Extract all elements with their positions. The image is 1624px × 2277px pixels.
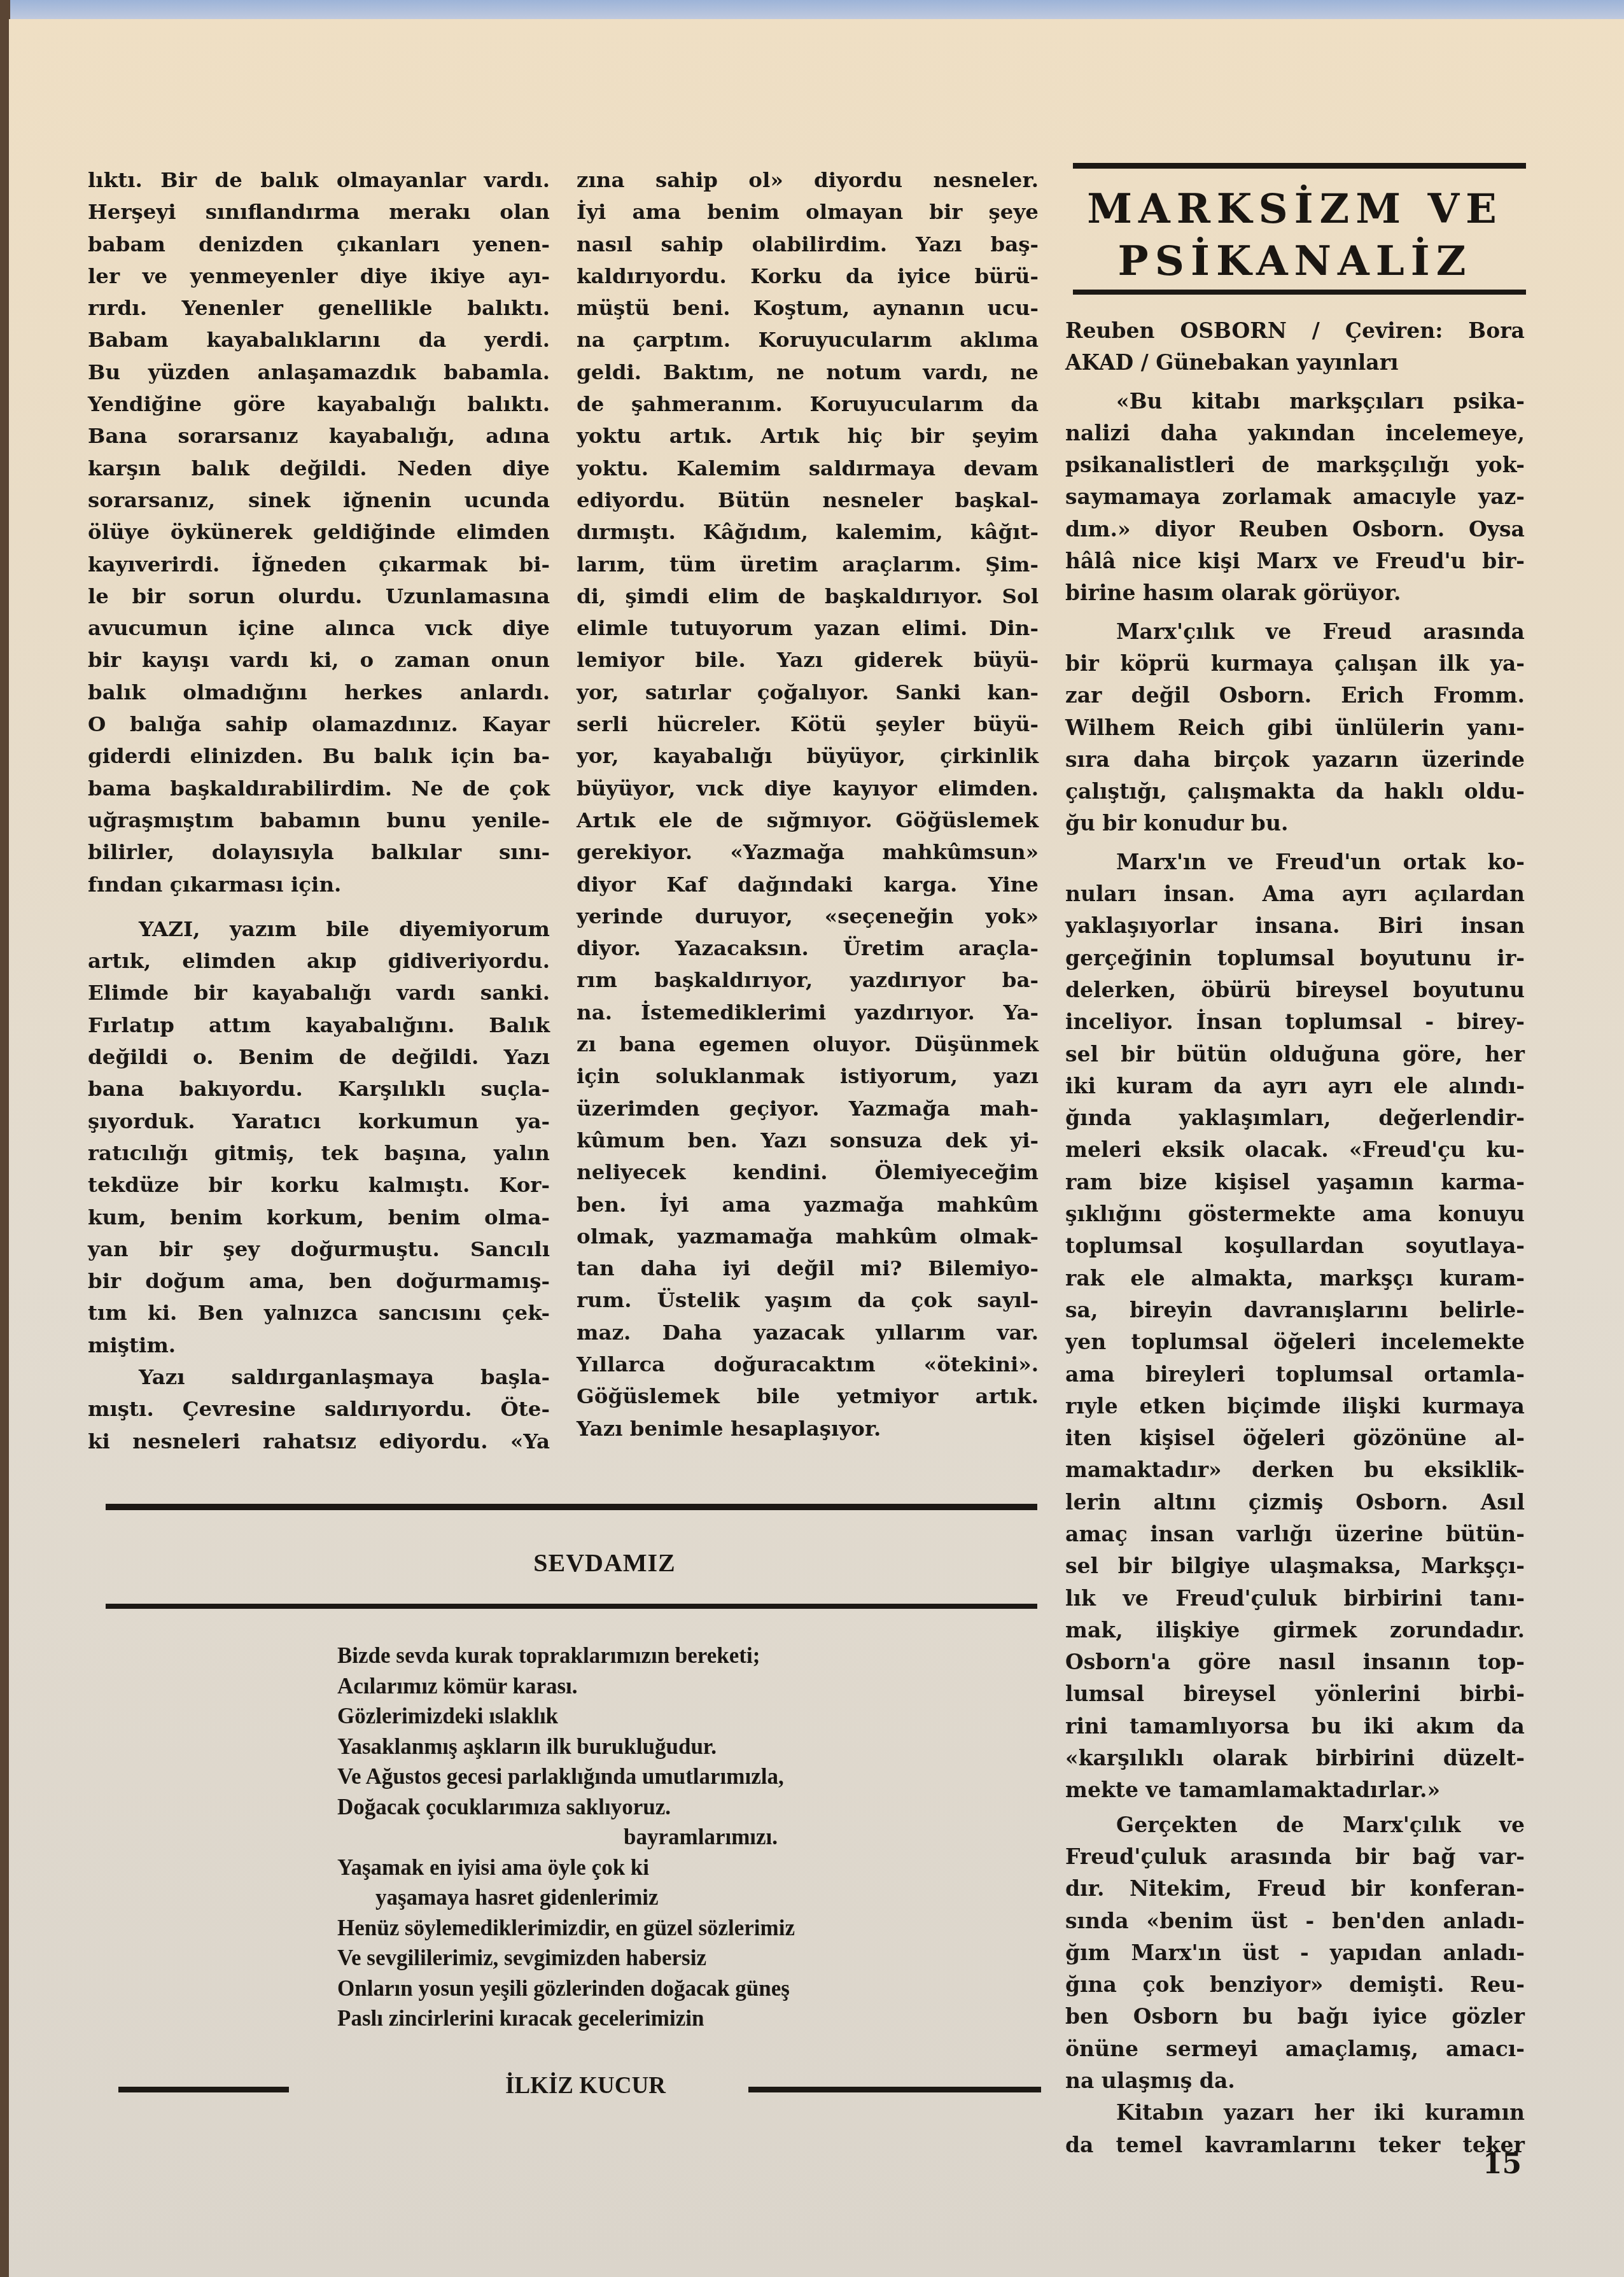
poem-title: SEVDAMIZ — [382, 1548, 827, 1578]
text-line: psikanalistleri de markşçılığı yok- — [1065, 449, 1525, 481]
text-line: uğraşmıştım babamın bunu yenile- — [88, 804, 550, 836]
text-line: giderdi elinizden. Bu balık için ba- — [88, 740, 550, 772]
text-line: artık, elimden akıp gidiveriyordu. — [88, 945, 550, 977]
text-line: avucumun içine alınca vıck diye — [88, 612, 550, 644]
text-line: ğında yaklaşımları, değerlendir- — [1065, 1102, 1525, 1134]
text-line: «karşılıklı olarak birbirini düzelt- — [1065, 1742, 1525, 1774]
text-line: ğına çok benziyor» demişti. Reu- — [1065, 1969, 1525, 2001]
text-line: zar değil Osborn. Erich Fromm. — [1065, 680, 1525, 711]
review-title-line-1: MARKSİZM VE — [1075, 183, 1515, 235]
text-line: müştü beni. Koştum, aynanın ucu- — [577, 292, 1039, 324]
text-line: gerçeğinin toplumsal boyutunu ir- — [1065, 942, 1525, 974]
poem-line: Paslı zincirlerini kıracak gecelerimizin — [337, 2003, 1012, 2034]
text-line: karşın balık değildi. Neden diye — [88, 452, 550, 484]
text-line: kayıverirdi. İğneden çıkarmak bi- — [88, 549, 550, 580]
poet-right-rule — [748, 2087, 1041, 2092]
review-bottom-rule — [1073, 290, 1526, 295]
text-line: lumsal bireysel yönlerini birbi- — [1065, 1678, 1525, 1710]
text-line: önüne sermeyi amaçlamış, amacı- — [1065, 2033, 1525, 2065]
text-line: diyor Kaf dağındaki karga. Yine — [577, 869, 1039, 900]
text-line: lerin altını çizmiş Osborn. Asıl — [1065, 1487, 1525, 1518]
text-line: ratıcılığı gitmiş, tek başına, yalın — [88, 1137, 550, 1169]
text-line: Babam kayabalıklarını da yerdi. — [88, 324, 550, 356]
text-line: ama bireyleri toplumsal ortamla- — [1065, 1359, 1525, 1391]
text-line: na çarptım. Koruyucularım aklıma — [577, 324, 1039, 356]
text-line: bama başkaldırabilirdim. Ne de çok — [88, 773, 550, 804]
text-line: Marx'ın ve Freud'un ortak ko- — [1065, 846, 1525, 878]
text-line: «Bu kitabı markşçıları psika- — [1065, 386, 1525, 417]
review-top-rule — [1073, 163, 1526, 169]
text-line: sıra daha birçok yazarın üzerinde — [1065, 744, 1525, 776]
review-paragraph-1: «Bu kitabı markşçıları psika- nalizi dah… — [1065, 386, 1525, 610]
text-line: rıyle etken biçimde ilişki kurmaya — [1065, 1391, 1525, 1422]
text-line: ediyordu. Bütün nesneler başkal- — [577, 484, 1039, 516]
text-line: sında «benim üst - ben'den anladı- — [1065, 1905, 1525, 1937]
text-line: yoktu artık. Artık hiç bir şeyim — [577, 420, 1039, 452]
text-line: geldi. Baktım, ne notum vardı, ne — [577, 356, 1039, 388]
text-line: ler ve yenmeyenler diye ikiye ayı- — [88, 260, 550, 292]
text-line: yaklaşıyorlar insana. Biri insan — [1065, 910, 1525, 942]
poem-line: Ve Ağustos gecesi parlaklığında umutları… — [337, 1762, 1012, 1792]
text-line: Gerçekten de Marx'çılık ve — [1065, 1809, 1525, 1841]
poem-line: Henüz söylemediklerimizdir, en güzel söz… — [337, 1913, 1012, 1944]
text-line: sel bir bütün olduğuna göre, her — [1065, 1039, 1525, 1070]
text-line: yor, kayabalığı büyüyor, çirkinlik — [577, 740, 1039, 772]
review-column: Reuben OSBORN / Çeviren: Bora AKAD / Gün… — [1065, 315, 1525, 2161]
poem-line: Yaşamak en iyisi ama öyle çok ki — [337, 1853, 1012, 1883]
story-paragraph-2: YAZI, yazım bile diyemiyorum artık, elim… — [88, 913, 550, 1361]
text-line: zına sahip ol» diyordu nesneler. — [577, 164, 1039, 196]
review-paragraph-2: Marx'çılık ve Freud arasında bir köprü k… — [1065, 616, 1525, 840]
text-line: hâlâ nice kişi Marx ve Freud'u bir- — [1065, 545, 1525, 577]
text-line: de şahmeranım. Koruyucularım da — [577, 388, 1039, 420]
text-line: Yıllarca doğuracaktım «ötekini». — [577, 1349, 1039, 1380]
magazine-page: lıktı. Bir de balık olmayanlar vardı. He… — [0, 0, 1624, 2277]
text-line: nuları insan. Ama ayrı açılardan — [1065, 878, 1525, 910]
text-line: iki kuram da ayrı ayrı ele alındı- — [1065, 1070, 1525, 1102]
text-line: yen toplumsal öğeleri incelemekte — [1065, 1326, 1525, 1358]
text-line: rım başkaldırıyor, yazdırıyor ba- — [577, 964, 1039, 996]
poem-line: Onların yosun yeşili gözlerinden doğacak… — [337, 1973, 1012, 2004]
text-line: toplumsal koşullardan soyutlaya- — [1065, 1230, 1525, 1262]
story-column-1: lıktı. Bir de balık olmayanlar vardı. He… — [88, 164, 550, 1457]
text-line: mekte ve tamamlamaktadırlar.» — [1065, 1774, 1525, 1806]
review-paragraph-4: Gerçekten de Marx'çılık ve Freud'çuluk a… — [1065, 1809, 1525, 2098]
text-line: ram bize kişisel yaşamın karma- — [1065, 1167, 1525, 1198]
text-line: kum, benim korkum, benim olma- — [88, 1202, 550, 1233]
poem-line: Yasaklanmış aşkların ilk burukluğudur. — [337, 1732, 1012, 1762]
story-paragraph-continued: zına sahip ol» diyordu nesneler. İyi ama… — [577, 164, 1039, 1445]
text-line: balık olmadığını herkes anlardı. — [88, 676, 550, 708]
text-line: iten kişisel öğeleri gözönüne al- — [1065, 1422, 1525, 1454]
text-line: olmak, yazmamağa mahkûm olmak- — [577, 1221, 1039, 1252]
text-line: sel bir bilgiye ulaşmaksa, Markşçı- — [1065, 1550, 1525, 1582]
text-line: tekdüze bir korku kalmıştı. Kor- — [88, 1169, 550, 1201]
text-line: Osborn'a göre nasıl insanın top- — [1065, 1646, 1525, 1678]
text-line: dır. Nitekim, Freud bir konferan- — [1065, 1873, 1525, 1905]
text-line: Reuben OSBORN / Çeviren: Bora — [1065, 315, 1525, 347]
text-line: AKAD / Günebakan yayınları — [1065, 347, 1525, 379]
text-line: lıktı. Bir de balık olmayanlar vardı. — [88, 164, 550, 196]
text-line: O balığa sahip olamazdınız. Kayar — [88, 708, 550, 740]
poem-line: Bizde sevda kurak topraklarımızın bereke… — [337, 1641, 1012, 1671]
story-paragraph-3: Yazı saldırganlaşmaya başla- mıştı. Çevr… — [88, 1361, 550, 1457]
text-line: bilirler, dolayısıyla balkılar sını- — [88, 836, 550, 868]
text-line: mamaktadır» derken bu eksiklik- — [1065, 1454, 1525, 1486]
text-line: bir doğum ama, ben doğurmamış- — [88, 1265, 550, 1297]
text-line: rum. Üstelik yaşım da çok sayıl- — [577, 1284, 1039, 1316]
story-column-2: zına sahip ol» diyordu nesneler. İyi ama… — [577, 164, 1039, 1445]
text-line: ben. İyi ama yazmağa mahkûm — [577, 1189, 1039, 1221]
poem-body: Bizde sevda kurak topraklarımızın bereke… — [337, 1641, 1012, 2034]
text-line: şıklığını göstermekte ama konuyu — [1065, 1198, 1525, 1230]
text-line: fından çıkarması için. — [88, 869, 550, 900]
text-line: nalizi daha yakından incelemeye, — [1065, 417, 1525, 449]
text-line: delerken, öbürü bireysel boyutunu — [1065, 974, 1525, 1006]
poem-line: yaşamaya hasret gidenlerimiz — [337, 1882, 1012, 1913]
text-line: tım ki. Ben yalnızca sancısını çek- — [88, 1297, 550, 1329]
text-line: lemiyor bile. Yazı giderek büyü- — [577, 644, 1039, 676]
text-line: tan daha iyi değil mi? Bilemiyo- — [577, 1252, 1039, 1284]
text-line: rini tamamlıyorsa bu iki akım da — [1065, 1711, 1525, 1742]
text-line: İyi ama benim olmayan bir şeye — [577, 196, 1039, 228]
text-line: mıştı. Çevresine saldırıyordu. Öte- — [88, 1393, 550, 1425]
text-line: dırmıştı. Kâğıdım, kalemim, kâğıt- — [577, 516, 1039, 548]
review-title: MARKSİZM VE PSİKANALİZ — [1075, 183, 1515, 288]
text-line: neliyecek kendini. Ölemiyeceğim — [577, 1156, 1039, 1188]
text-line: elimle tutuyorum yazan elimi. Din- — [577, 612, 1039, 644]
poem-title-rule — [106, 1604, 1037, 1609]
text-line: yerinde duruyor, «seçeneğin yok» — [577, 900, 1039, 932]
text-line: gerekiyor. «Yazmağa mahkûmsun» — [577, 836, 1039, 868]
text-line: ki nesneleri rahatsız ediyordu. «Ya — [88, 1426, 550, 1457]
review-byline: Reuben OSBORN / Çeviren: Bora AKAD / Gün… — [1065, 315, 1525, 379]
text-line: lık ve Freud'çuluk birbirini tanı- — [1065, 1583, 1525, 1615]
text-line: değildi o. Benim de değildi. Yazı — [88, 1041, 550, 1073]
text-line: zı bana egemen oluyor. Düşünmek — [577, 1028, 1039, 1060]
poet-left-rule — [118, 2087, 289, 2092]
poem-author: İLKİZ KUCUR — [484, 2072, 687, 2099]
text-line: babam denizden çıkanları yenen- — [88, 228, 550, 260]
text-line: yoktu. Kalemim saldırmaya devam — [577, 452, 1039, 484]
review-paragraph-3: Marx'ın ve Freud'un ortak ko- nuları ins… — [1065, 846, 1525, 1807]
poem-line: bayramlarımızı. — [337, 1822, 1012, 1853]
text-line: inceliyor. İnsan toplumsal - birey- — [1065, 1006, 1525, 1038]
text-line: na. İstemediklerimi yazdırıyor. Ya- — [577, 997, 1039, 1028]
text-line: Artık ele de sığmıyor. Göğüslemek — [577, 804, 1039, 836]
text-line: meleri eksik olacak. «Freud'çu ku- — [1065, 1134, 1525, 1166]
poem-line: Ve sevgililerimiz, sevgimizden habersiz — [337, 1943, 1012, 1973]
text-line: ğu bir konudur bu. — [1065, 808, 1525, 839]
text-line: na ulaşmış da. — [1065, 2065, 1525, 2097]
text-line: amaç insan varlığı üzerine bütün- — [1065, 1518, 1525, 1550]
text-line: Wilhem Reich gibi ünlülerin yanı- — [1065, 712, 1525, 744]
text-line: YAZI, yazım bile diyemiyorum — [88, 913, 550, 945]
text-line: şıyorduk. Yaratıcı korkumun ya- — [88, 1105, 550, 1137]
text-line: kaldırıyordu. Korku da iyice bürü- — [577, 260, 1039, 292]
text-line: yan bir şey doğurmuştu. Sancılı — [88, 1233, 550, 1265]
text-line: rırdı. Yenenler genellikle balıktı. — [88, 292, 550, 324]
text-line: bir kayışı vardı ki, o zaman onun — [88, 644, 550, 676]
text-line: Yazı saldırganlaşmaya başla- — [88, 1361, 550, 1393]
text-line: larım, tüm üretim araçlarım. Şim- — [577, 549, 1039, 580]
review-paragraph-5: Kitabın yazarı her iki kuramın da temel … — [1065, 2097, 1525, 2161]
text-line: dım.» diyor Reuben Osborn. Oysa — [1065, 514, 1525, 545]
text-line: Herşeyi sınıflandırma merakı olan — [88, 196, 550, 228]
text-line: Yazı benimle hesaplaşıyor. — [577, 1413, 1039, 1445]
text-line: le bir sorun olurdu. Uzunlamasına — [88, 580, 550, 612]
text-line: di, şimdi elim de başkaldırıyor. Sol — [577, 580, 1039, 612]
text-line: miştim. — [88, 1329, 550, 1361]
text-line: rak ele almakta, markşçı kuram- — [1065, 1263, 1525, 1294]
text-line: için soluklanmak istiyorum, yazı — [577, 1060, 1039, 1092]
text-line: büyüyor, vıck diye kayıyor elimden. — [577, 773, 1039, 804]
poem-line: Acılarımız kömür karası. — [337, 1671, 1012, 1702]
text-line: nasıl sahip olabilirdim. Yazı baş- — [577, 228, 1039, 260]
text-line: serli hücreler. Kötü şeyler büyü- — [577, 708, 1039, 740]
text-line: ölüye öykünerek geldiğinde elimden — [88, 516, 550, 548]
page-number: 15 — [1483, 2148, 1522, 2180]
text-line: birine hasım olarak görüyor. — [1065, 577, 1525, 609]
poem-top-rule — [106, 1504, 1037, 1510]
text-line: Kitabın yazarı her iki kuramın — [1065, 2097, 1525, 2129]
review-title-line-2: PSİKANALİZ — [1075, 235, 1515, 288]
text-line: çalıştığı, çalışmakta da haklı oldu- — [1065, 776, 1525, 808]
text-line: bir köprü kurmaya çalışan ilk ya- — [1065, 648, 1525, 680]
text-line: Elimde bir kayabalığı vardı sanki. — [88, 977, 550, 1009]
poem-line: Doğacak çocuklarımıza saklıyoruz. — [337, 1792, 1012, 1823]
text-line: diyor. Yazacaksın. Üretim araçla- — [577, 932, 1039, 964]
text-line: da temel kavramlarını teker teker — [1065, 2129, 1525, 2161]
text-line: kûmum ben. Yazı sonsuza dek yi- — [577, 1124, 1039, 1156]
text-line: Freud'çuluk arasında bir bağ var- — [1065, 1841, 1525, 1873]
text-line: yor, satırlar çoğalıyor. Sanki kan- — [577, 676, 1039, 708]
text-line: Göğüslemek bile yetmiyor artık. — [577, 1380, 1039, 1412]
poem-line: Gözlerimizdeki ıslaklık — [337, 1701, 1012, 1732]
text-line: üzerimden geçiyor. Yazmağa mah- — [577, 1093, 1039, 1124]
text-line: ben Osborn bu bağı iyice gözler — [1065, 2001, 1525, 2033]
text-line: sorarsanız, sinek iğnenin ucunda — [88, 484, 550, 516]
text-line: mak, ilişkiye girmek zorundadır. — [1065, 1615, 1525, 1646]
text-line: saymamaya zorlamak amacıyle yaz- — [1065, 481, 1525, 513]
text-line: Bu yüzden anlaşamazdık babamla. — [88, 356, 550, 388]
text-line: maz. Daha yazacak yıllarım var. — [577, 1317, 1039, 1349]
story-paragraph-1: lıktı. Bir de balık olmayanlar vardı. He… — [88, 164, 550, 900]
text-line: sa, bireyin davranışlarını belirle- — [1065, 1294, 1525, 1326]
text-line: ğım Marx'ın üst - yapıdan anladı- — [1065, 1937, 1525, 1969]
text-line: Bana sorarsanız kayabalığı, adına — [88, 420, 550, 452]
text-line: Yendiğine göre kayabalığı balıktı. — [88, 388, 550, 420]
text-line: Fırlatıp attım kayabalığını. Balık — [88, 1009, 550, 1041]
text-line: bana bakıyordu. Karşılıklı suçla- — [88, 1073, 550, 1105]
text-line: Marx'çılık ve Freud arasında — [1065, 616, 1525, 648]
